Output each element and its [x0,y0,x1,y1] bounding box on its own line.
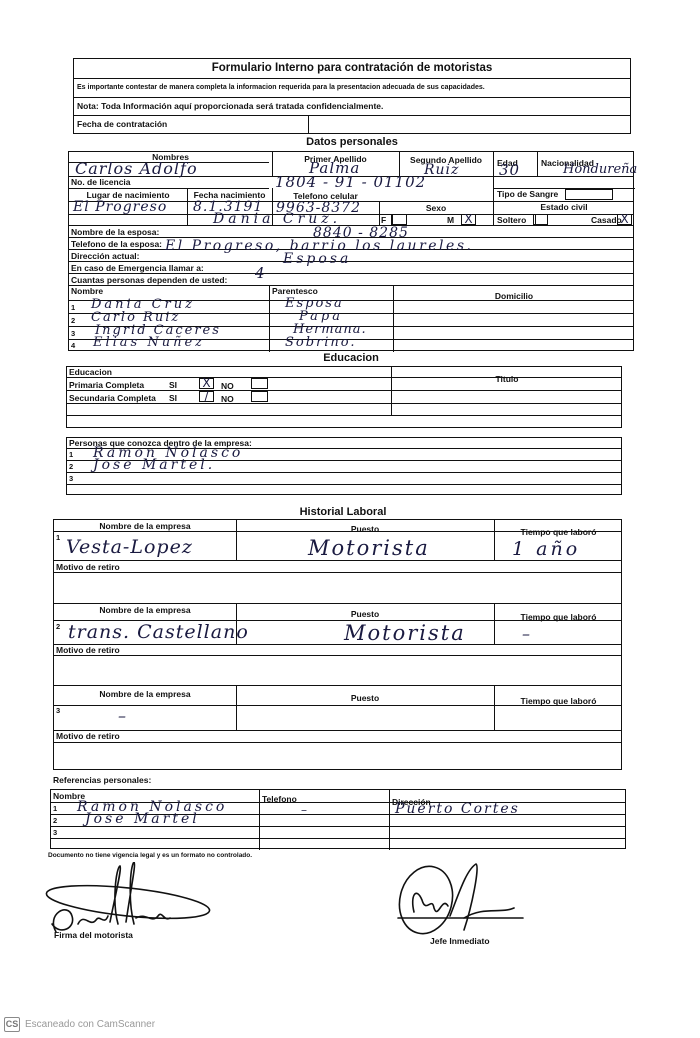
disclaimer-text: Documento no tiene vigencia legal y es u… [48,853,252,860]
sexo-m-checkbox[interactable]: X [461,214,476,225]
value-segundo-apellido[interactable]: Ruiz [424,163,459,177]
secundaria-si-checkbox[interactable]: / [199,391,214,402]
firma-motorista-label: Firma del motorista [54,931,133,940]
section-title-personal: Datos personales [73,136,631,148]
personal-data-grid: Nombres Primer Apellido Segundo Apellido… [68,151,634,351]
job1-tiempo-value[interactable]: 1 año [512,540,580,559]
label-sexo-m: M [447,216,454,225]
label-soltero: Soltero [497,216,526,225]
job-row-number: 3 [56,707,60,715]
job2-tiempo-header: Tiempo que laboró [494,613,623,622]
dependent-row-number: 2 [71,317,75,325]
work-history-table: Nombre de la empresa Puesto Tiempo que l… [53,519,622,770]
job3-motivo-label: Motivo de retiro [56,732,120,741]
education-table: Educacion Titulo Primaria Completa SI X … [66,366,622,428]
acquaintance-row-number: 1 [69,451,73,459]
value-licencia[interactable]: 1804 - 91 - 01102 [275,175,426,190]
dependents-header-nombre: Nombre [71,287,103,296]
job2-puesto-value[interactable]: Motorista [344,623,466,644]
label-telefono-esposa: Telefono de la esposa: [71,240,162,249]
acquaintances-table: Personas que conozca dentro de la empres… [66,437,622,495]
references-title: Referencias personales: [53,776,151,785]
value-lugar-nacimiento[interactable]: El Progreso [73,200,167,214]
label-dependientes: Cuantas personas dependen de usted: [71,276,227,285]
label-direccion: Dirección actual: [71,252,140,261]
hire-date-label: Fecha de contratación [77,120,167,129]
dependents-header-domicilio: Domicilio [393,292,635,301]
reference-phone[interactable]: – [301,804,308,816]
job3-empresa-value[interactable]: – [118,708,127,724]
jefe-inmediato-label: Jefe Inmediato [430,937,490,946]
job2-tiempo-value[interactable]: – [522,626,531,642]
job2-puesto-header: Puesto [236,610,494,619]
primaria-no-label: NO [221,382,234,391]
casado-checkbox[interactable]: X [617,214,632,225]
acquaintance-row-number: 3 [69,475,73,483]
dependents-header-parentesco: Parentesco [272,287,318,296]
dependent-row-number: 3 [71,330,75,338]
titulo-header: Titulo [391,375,623,384]
dependent-row-number: 1 [71,304,75,312]
form-title: Formulario Interno para contratación de … [74,62,630,74]
job3-motivo-field[interactable] [56,744,616,768]
secundaria-no-label: NO [221,395,234,404]
job3-empresa-header: Nombre de la empresa [54,690,236,699]
primaria-label: Primaria Completa [69,381,144,390]
primaria-si-label: SI [169,381,177,390]
instruction-text: Es importante contestar de manera comple… [77,84,485,91]
camscanner-watermark: Escaneado con CamScanner [25,1019,155,1030]
job2-motivo-label: Motivo de retiro [56,646,120,655]
secundaria-si-label: SI [169,394,177,403]
acquaintance-name[interactable]: Jose Martel. [93,458,215,472]
dependent-relationship[interactable]: Sobrino. [285,336,357,349]
value-dependientes[interactable]: 4 [255,266,266,281]
value-nombres[interactable]: Carlos Adolfo [75,161,198,177]
job2-empresa-value[interactable]: trans. Castellano [68,623,249,642]
job-row-number: 1 [56,534,60,542]
primaria-no-checkbox[interactable] [251,378,268,389]
secundaria-label: Secundaria Completa [69,394,156,403]
acquaintance-row-number: 2 [69,463,73,471]
camscanner-logo-icon: CS [6,1019,19,1029]
education-header: Educacion [69,368,112,377]
label-sexo: Sexo [379,204,493,213]
reference-row-number: 3 [53,829,57,837]
label-emergencia: En caso de Emergencia llamar a: [71,264,204,273]
job2-motivo-field[interactable] [56,657,616,683]
confidential-note: Nota: Toda Información aquí proporcionad… [77,102,383,111]
section-title-work-history: Historial Laboral [60,506,626,518]
dependent-row-number: 4 [71,342,75,350]
soltero-checkbox[interactable] [533,214,548,225]
value-nacionalidad[interactable]: Hondureña [563,163,637,176]
reference-address[interactable]: Puerto Cortes [395,802,520,816]
reference-name[interactable]: Jose Martel [85,812,200,826]
job1-puesto-header: Puesto [236,525,494,534]
tipo-sangre-field[interactable] [565,189,613,200]
job3-tiempo-header: Tiempo que laboró [494,697,623,706]
hire-date-field[interactable] [310,116,628,132]
job1-motivo-field[interactable] [56,574,616,601]
value-emergencia[interactable]: Esposa [283,252,351,266]
label-tipo-sangre: Tipo de Sangre [497,190,558,199]
job-row-number: 2 [56,623,60,631]
reference-row-number: 2 [53,817,57,825]
job1-empresa-value[interactable]: Vesta-Lopez [66,538,193,557]
label-esposa: Nombre de la esposa: [71,228,159,237]
label-sexo-f: F [381,216,386,225]
value-edad[interactable]: 30 [499,163,520,178]
sexo-f-checkbox[interactable] [392,214,407,225]
label-licencia: No. de licencia [71,178,131,187]
references-header-telefono: Telefono [262,795,297,804]
camscanner-badge: CS [4,1017,20,1032]
label-estado-civil: Estado civil [493,203,635,212]
job1-empresa-header: Nombre de la empresa [54,522,236,531]
job3-puesto-header: Puesto [236,694,494,703]
value-esposa[interactable]: Dania Cruz. [213,212,341,226]
secundaria-no-checkbox[interactable] [251,391,268,402]
job1-motivo-label: Motivo de retiro [56,563,120,572]
job1-tiempo-header: Tiempo que laboró [494,528,623,537]
references-table: Nombre Telefono Dirección 1 Ramon Nolasc… [50,789,626,849]
section-title-education: Educacion [68,352,634,364]
reference-row-number: 1 [53,805,57,813]
jefe-signature-icon [388,856,528,946]
dependent-name[interactable]: Elias Nuñez [93,336,205,349]
form-header: Formulario Interno para contratación de … [73,58,631,134]
job1-puesto-value[interactable]: Motorista [308,538,430,559]
primaria-si-checkbox[interactable]: X [199,378,214,389]
job2-empresa-header: Nombre de la empresa [54,606,236,615]
